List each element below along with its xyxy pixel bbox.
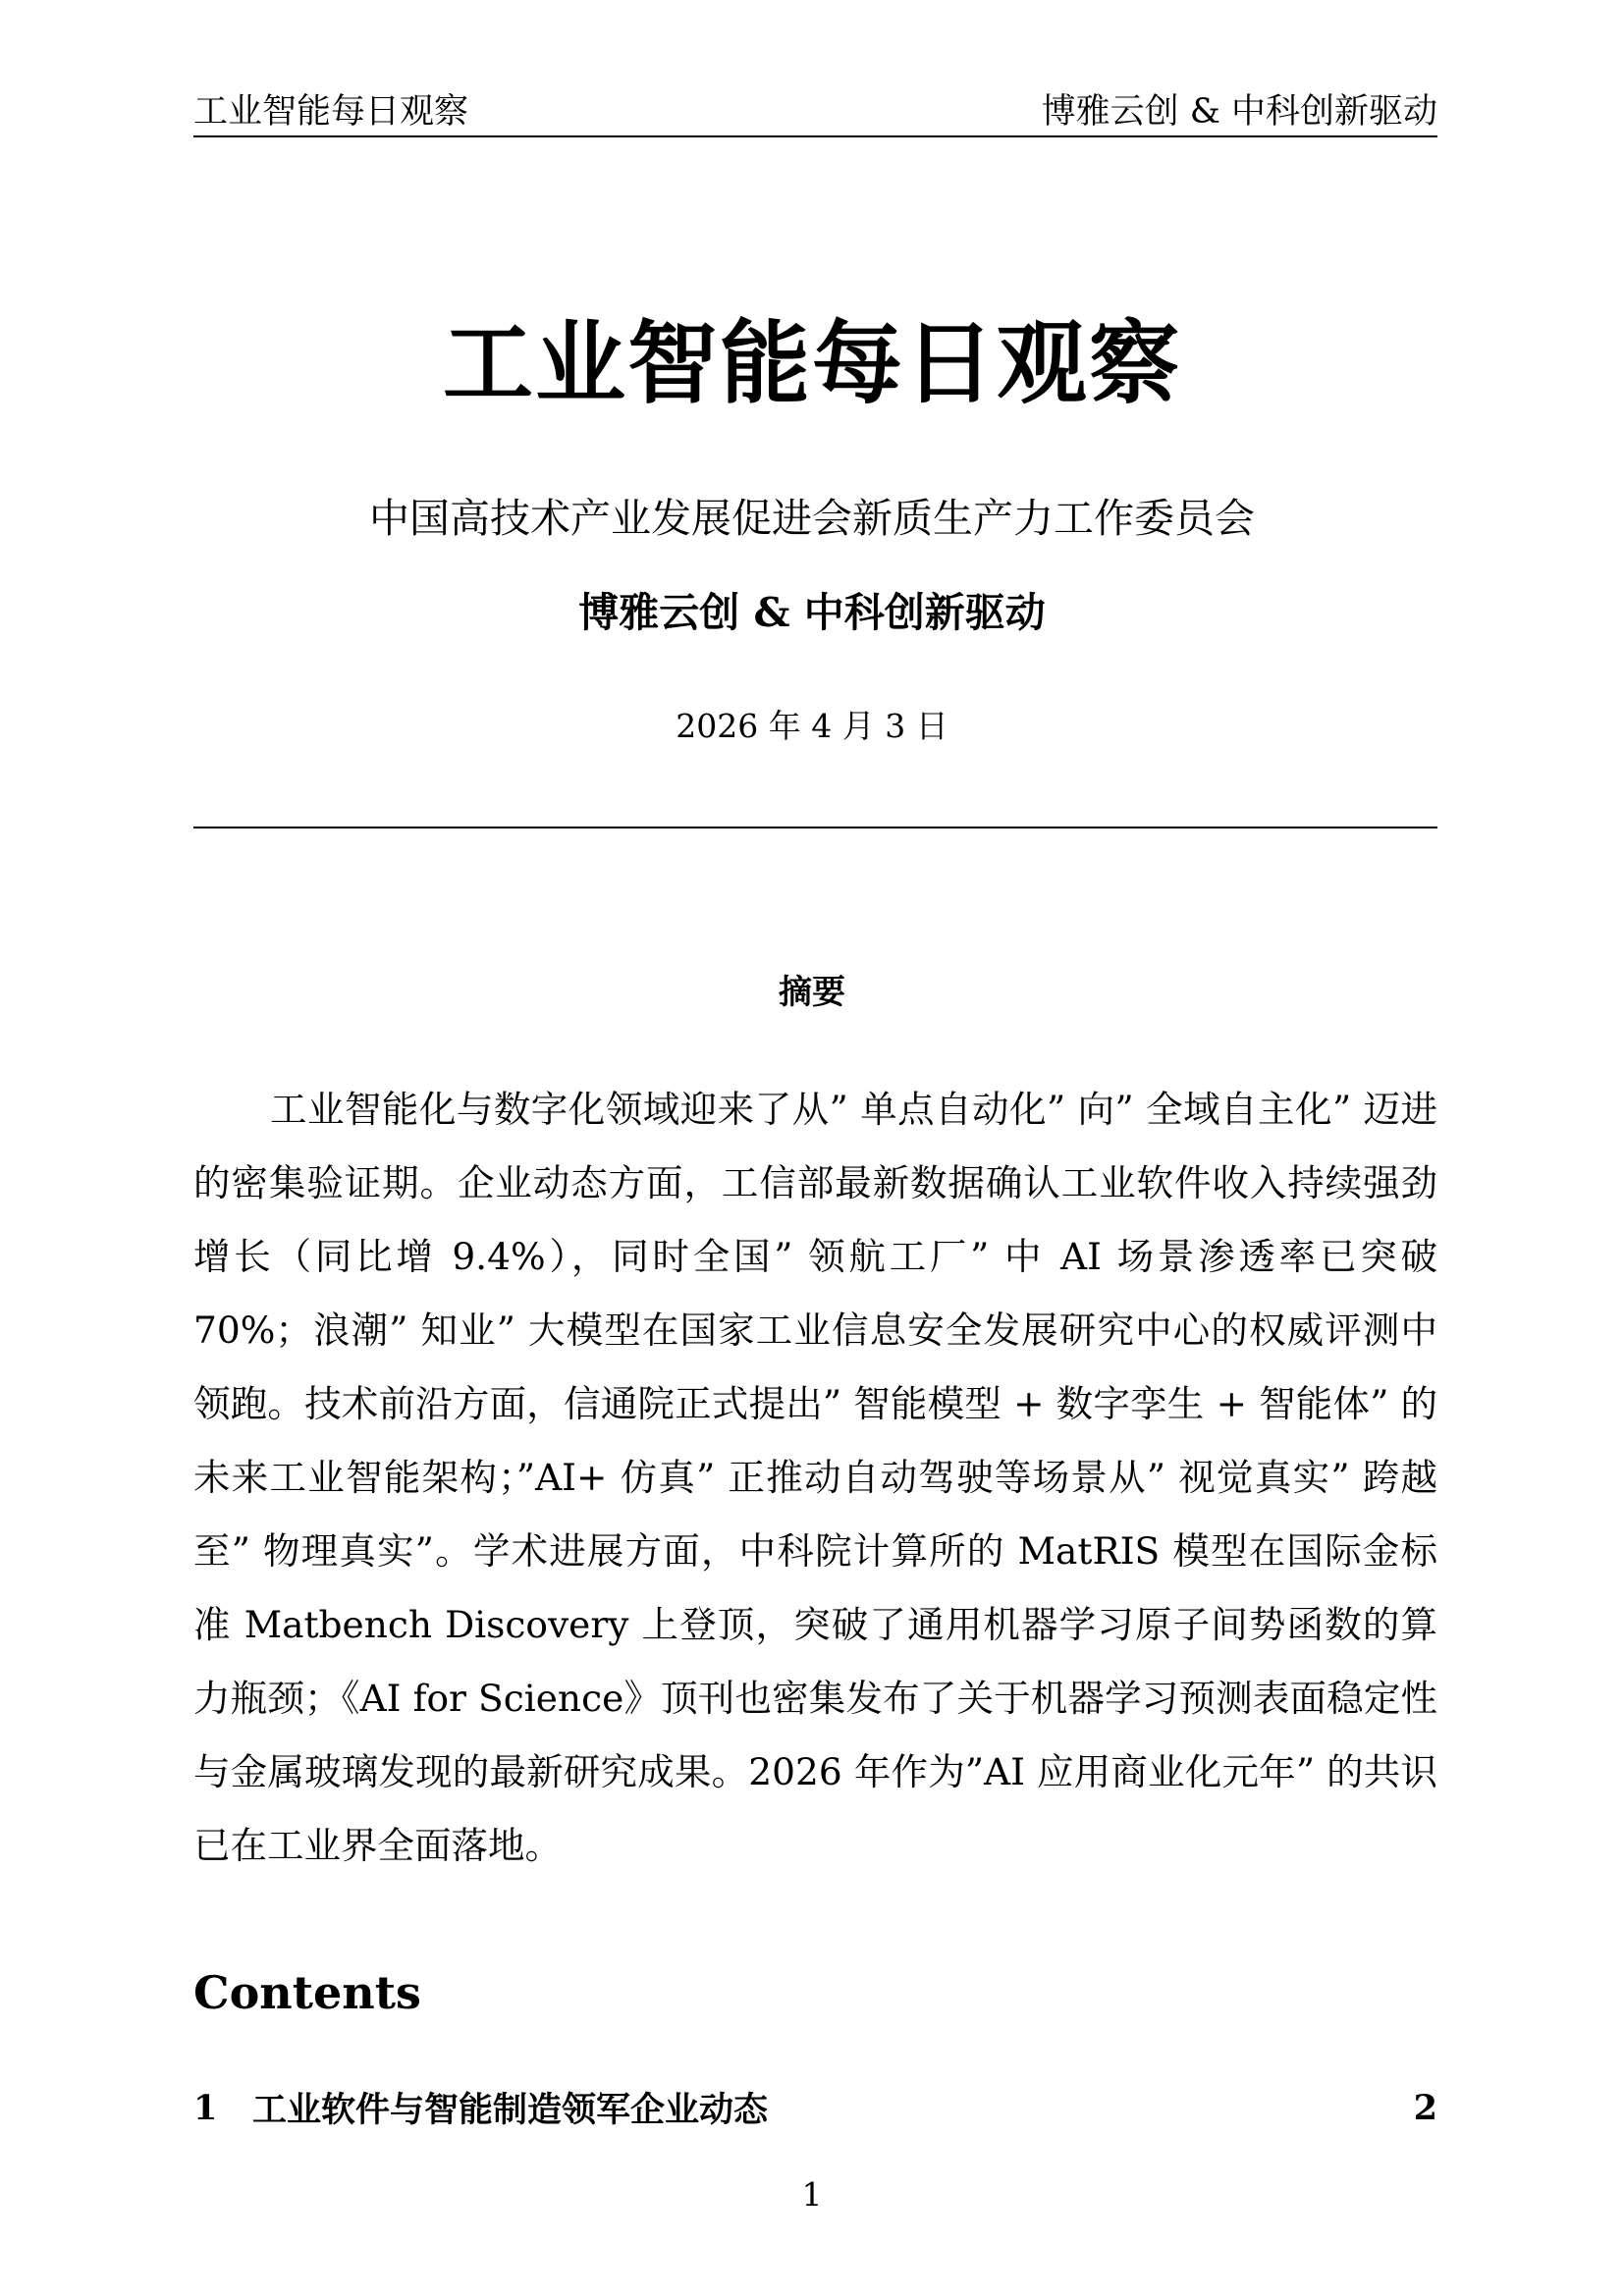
running-header: 工业智能每日观察 博雅云创 & 中科创新驱动 <box>193 86 1437 133</box>
toc-entry-number: 1 <box>193 2088 252 2128</box>
running-header-left: 工业智能每日观察 <box>193 90 468 133</box>
contents-heading: Contents <box>193 1963 421 2022</box>
publication-date: 2026 年 4 月 3 日 <box>0 703 1624 750</box>
title-rule <box>193 827 1437 828</box>
organization: 中国高技术产业发展促进会新质生产力工作委员会 <box>0 491 1624 546</box>
running-header-right: 博雅云创 & 中科创新驱动 <box>1042 90 1437 133</box>
abstract-body: 工业智能化与数字化领域迎来了从” 单点自动化” 向” 全域自主化” 迈进的密集验… <box>193 1073 1437 1883</box>
toc-entry-label[interactable]: 工业软件与智能制造领军企业动态 <box>252 2083 1414 2132</box>
header-rule <box>193 135 1437 137</box>
document-title: 工业智能每日观察 <box>0 309 1624 417</box>
toc-entry[interactable]: 1 工业软件与智能制造领军企业动态 2 <box>193 2083 1437 2132</box>
toc-entry-page[interactable]: 2 <box>1414 2088 1437 2128</box>
authors: 博雅云创 & 中科创新驱动 <box>0 585 1624 640</box>
abstract-heading: 摘要 <box>0 970 1624 1015</box>
page-number: 1 <box>0 2171 1624 2218</box>
